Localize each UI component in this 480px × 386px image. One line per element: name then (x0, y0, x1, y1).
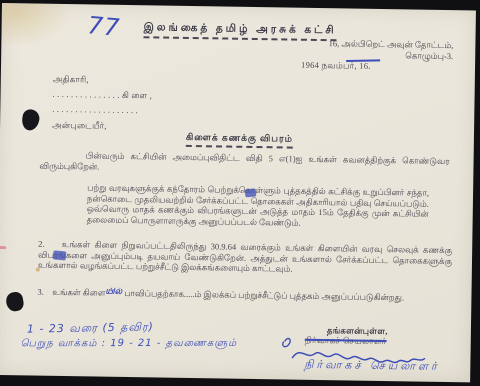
address-line-1: 16, அல்பிறெட் அவுன் தோட்டம், (329, 38, 454, 51)
scanned-letter-page: 77 இலங்கைத் தமிழ் அரசுக் கட்சி 16, அல்பி… (0, 0, 480, 386)
party-title: இலங்கைத் தமிழ் அரசுக் கட்சி (143, 21, 336, 41)
blue-ink-correction-2 (53, 250, 67, 260)
punch-hole-top (21, 108, 41, 131)
recipient-line-2: ...............கிளை, (52, 89, 154, 101)
handwritten-page-number: 77 (87, 11, 122, 42)
address-block: 16, அல்பிறெட் அவுன் தோட்டம், கொழும்பு-3. (328, 38, 453, 62)
paragraph-3-text-cont: பாவிப்பதற்காக.....ம் இலக்கப் பற்றுச்சீட்… (122, 288, 404, 302)
punch-hole-bottom (5, 291, 25, 313)
paragraph-1: பின்வரும் கட்சியின் அமைப்புவிதிட்ட விதி … (39, 150, 449, 178)
paragraph-2: 2. உங்கள் கிளை நிறுவப்பட்டதிலிருந்து 30.… (38, 239, 453, 289)
handwritten-note-2: பெறுந வாக்கம் : 19 - 21 - தவணைகளும் (21, 338, 238, 350)
handwritten-note-1: 1 - 23 வரை (5 தவிர) (27, 320, 154, 337)
paper-sheet: 77 இலங்கைத் தமிழ் அரசுக் கட்சி 16, அல்பி… (0, 3, 476, 382)
paper-stain (1, 3, 72, 48)
paragraph-3-text: 3. உங்கள் கிளை (37, 287, 105, 298)
recipient-line-3: ................... (52, 104, 140, 116)
red-mark (0, 246, 6, 249)
paragraph-3: 3. உங்கள் கிளையில் பாவிப்பதற்காக.....ம் … (37, 287, 451, 317)
quoted-rule-block: பற்று வரவுகளுக்குக் கந்தோரம் பெற்றுக்கொள… (86, 182, 429, 241)
recipient-line-1: அதிகாரி, (53, 74, 89, 85)
subject-heading: கிளைக் கணக்கு விபரம் (186, 132, 293, 149)
blue-date-mark (346, 59, 380, 62)
blue-ink-insertion: யில் (105, 287, 122, 297)
salutation: அன்புடையீர், (52, 120, 107, 131)
handwritten-designation: நிர்வாகச் செயலாளர் (304, 358, 440, 375)
blue-ink-correction-1 (245, 188, 257, 197)
